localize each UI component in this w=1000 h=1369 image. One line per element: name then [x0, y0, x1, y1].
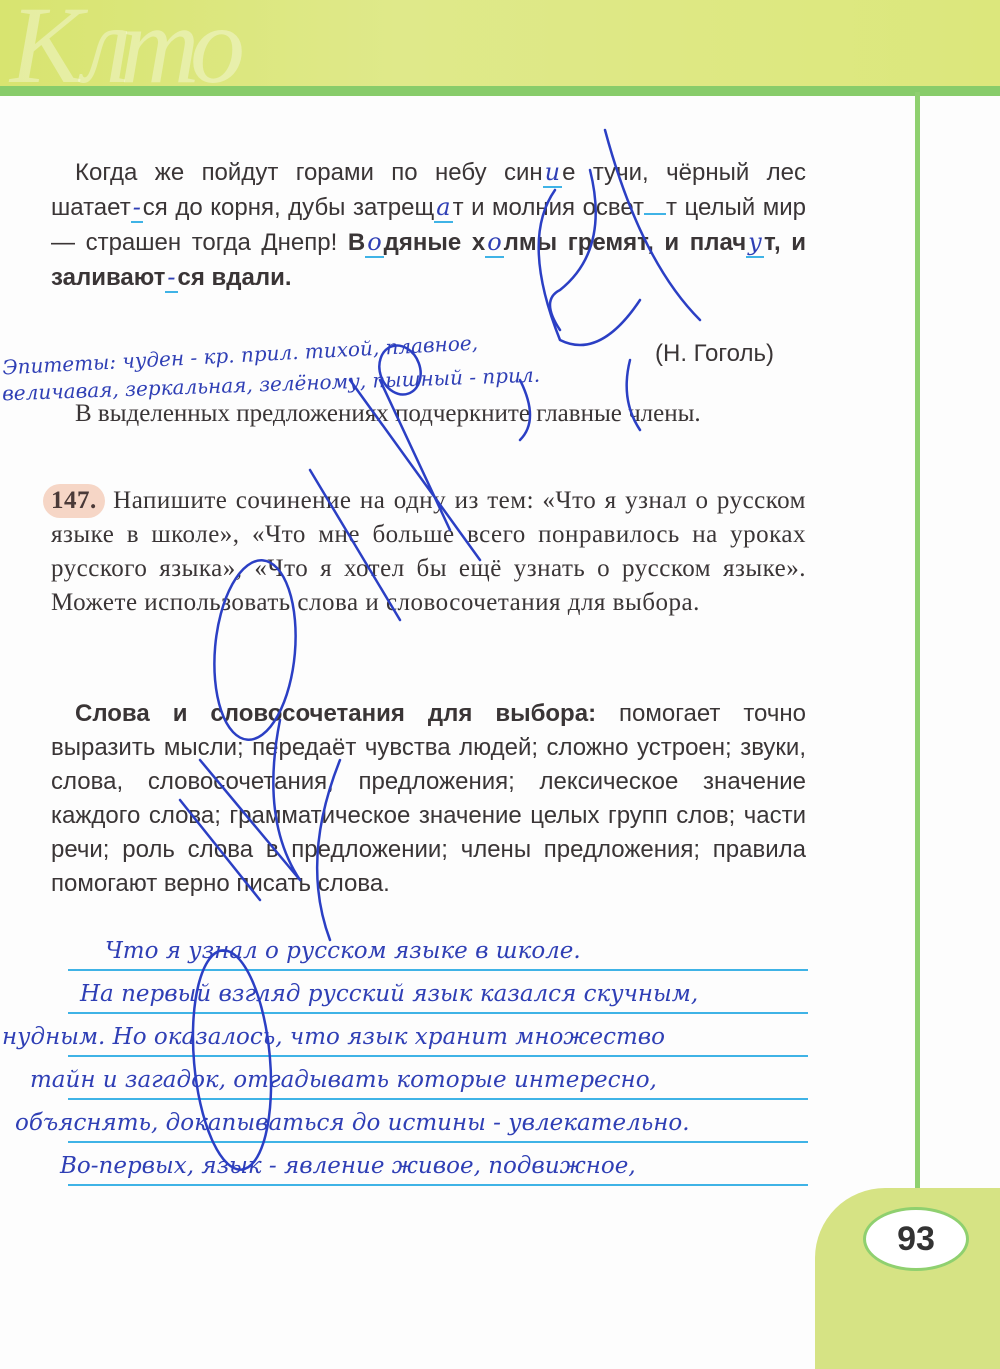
- filled-letter: и: [543, 158, 562, 188]
- quote-text: и молния освет: [471, 194, 644, 221]
- instruction: В выделенных предложениях подчеркните гл…: [51, 397, 806, 431]
- essay-line: нудным. Но оказалось, что язык хранит мн…: [2, 1024, 665, 1050]
- task-number: 147.: [43, 484, 105, 518]
- header-stripe: [0, 86, 1000, 96]
- decorative-letters: о: [190, 0, 245, 88]
- word-bank: Слова и словосочетания для выбора: помог…: [51, 697, 806, 901]
- essay-line: тайн и загадок, отгадывать которые интер…: [30, 1067, 657, 1093]
- header-band: Кл т о: [0, 0, 1000, 88]
- bold-text: ся вдали.: [178, 264, 292, 291]
- bold-text: лмы гремят, и плач: [504, 229, 746, 256]
- ruled-line: [68, 1055, 808, 1057]
- essay-line: Во-первых, язык - явление живое, подвижн…: [60, 1153, 636, 1179]
- ruled-line: [68, 969, 808, 971]
- essay-line: На первый взгляд русский язык казался ск…: [80, 981, 698, 1007]
- quote-text: Днепр!: [261, 229, 337, 256]
- decorative-letters: т: [120, 0, 199, 88]
- bold-text: т,: [764, 229, 781, 256]
- gogol-quote: Когда же пойдут горами по небу синие туч…: [51, 155, 806, 295]
- margin-rule: [915, 92, 920, 1202]
- filled-letter: о: [365, 228, 383, 258]
- task-text: Напишите сочинение на одну из тем: «Что …: [51, 487, 806, 616]
- filled-letter: -: [165, 263, 177, 293]
- ruled-line: [68, 1098, 808, 1100]
- essay-line: Что я узнал о русском языке в школе.: [105, 938, 581, 964]
- blank-gap: [644, 213, 666, 215]
- bold-text: дяные х: [384, 229, 486, 256]
- quote-author: (Н. Гоголь): [655, 340, 774, 368]
- filled-letter: у: [746, 228, 764, 258]
- page-number: 93: [863, 1207, 969, 1271]
- decorative-letters: Кл: [10, 0, 131, 88]
- word-bank-text: помогает точно выразить мысли; передаёт …: [51, 700, 806, 897]
- filled-letter: о: [485, 228, 503, 258]
- ruled-line: [68, 1012, 808, 1014]
- bold-text: В: [348, 229, 365, 256]
- quote-text: Когда же пойдут горами по небу син: [75, 159, 543, 186]
- quote-text: е тучи,: [562, 159, 649, 186]
- task-147: 147. Напишите сочинение на одну из тем: …: [51, 484, 806, 620]
- filled-letter: -: [131, 193, 143, 223]
- ruled-line: [68, 1141, 808, 1143]
- ruled-line: [68, 1184, 808, 1186]
- essay-line: объяснять, докапываться до истины - увле…: [15, 1110, 690, 1136]
- filled-letter: а: [434, 193, 452, 223]
- quote-text: т: [453, 194, 464, 221]
- word-bank-label: Слова и словосочетания для выбора:: [75, 700, 596, 727]
- quote-text: ся до корня, дубы затрещ: [143, 194, 434, 221]
